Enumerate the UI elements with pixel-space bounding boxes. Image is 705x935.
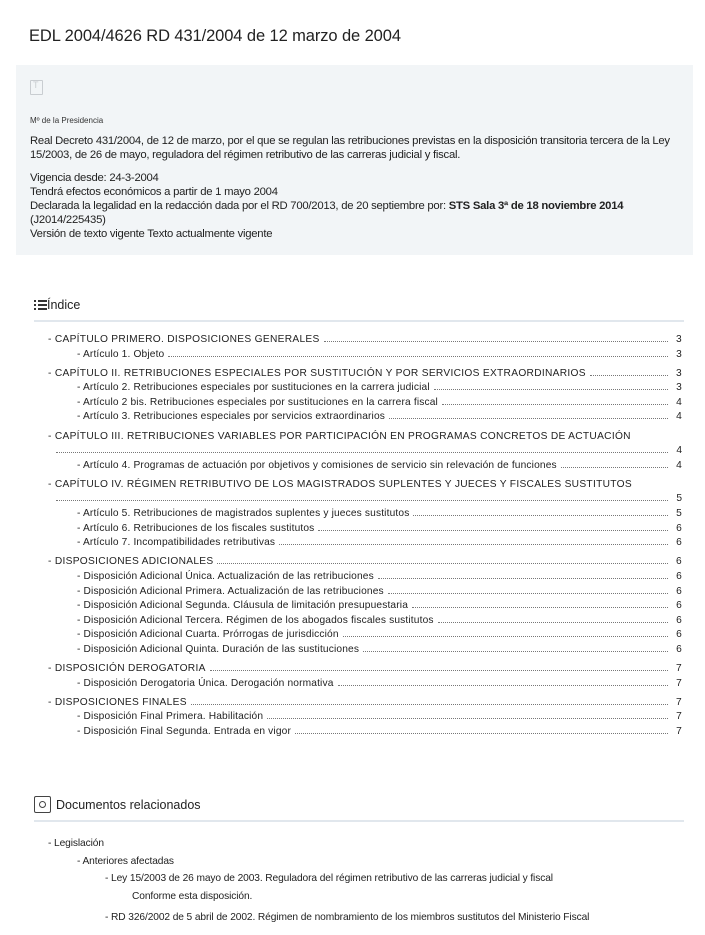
toc-leader <box>168 356 668 357</box>
table-of-contents: - CAPÍTULO PRIMERO. DISPOSICIONES GENERA… <box>48 333 682 739</box>
toc-page-number: 6 <box>672 585 682 600</box>
toc-entry-title: - DISPOSICIÓN DEROGATORIA <box>48 662 206 677</box>
toc-page-number: 7 <box>672 662 682 677</box>
toc-leader <box>338 685 668 686</box>
toc-entry-title: - Disposición Adicional Quinta. Duración… <box>77 643 359 658</box>
toc-entry[interactable]: - DISPOSICIONES ADICIONALES6 <box>48 555 682 570</box>
toc-page-number: 4 <box>672 410 682 425</box>
toc-entry[interactable]: - Disposición Adicional Segunda. Cláusul… <box>48 599 682 614</box>
toc-page-number: 7 <box>672 725 682 740</box>
toc-entry-title: - DISPOSICIONES ADICIONALES <box>48 555 213 570</box>
toc-entry[interactable]: - Artículo 2 bis. Retribuciones especial… <box>48 396 682 411</box>
toc-leader <box>217 563 668 564</box>
toc-page-number: 3 <box>672 348 682 363</box>
toc-page-number: 4 <box>672 396 682 411</box>
legalidad-text: Declarada la legalidad en la redacción d… <box>30 200 449 212</box>
toc-leader <box>378 578 668 579</box>
toc-leader <box>442 404 668 405</box>
legalidad-ref: (J2014/225435) <box>30 213 690 227</box>
related-documents-header: Documentos relacionados <box>34 794 684 822</box>
toc-entry-title: - Disposición Final Segunda. Entrada en … <box>77 725 291 740</box>
related-item-link[interactable]: - RD 326/2002 de 5 abril de 2002. Régime… <box>48 909 589 927</box>
legalidad: Declarada la legalidad en la redacción d… <box>30 199 690 213</box>
toc-leader <box>343 636 668 637</box>
toc-leader <box>434 389 668 390</box>
toc-entry-title: - Disposición Adicional Cuarta. Prórroga… <box>77 628 339 643</box>
version-status: Versión de texto vigente Texto actualmen… <box>30 227 690 241</box>
toc-entry-title: - Artículo 3. Retribuciones especiales p… <box>77 410 385 425</box>
toc-entry-title: - Artículo 1. Objeto <box>77 348 164 363</box>
toc-entry[interactable]: - Artículo 7. Incompatibilidades retribu… <box>48 536 682 551</box>
toc-entry[interactable]: - Disposición Adicional Tercera. Régimen… <box>48 614 682 629</box>
toc-entry-title: - Disposición Adicional Tercera. Régimen… <box>77 614 434 629</box>
toc-page-number: 6 <box>672 599 682 614</box>
toc-entry-title: - CAPÍTULO PRIMERO. DISPOSICIONES GENERA… <box>48 333 320 348</box>
toc-entry[interactable]: - Disposición Final Segunda. Entrada en … <box>48 725 682 740</box>
related-subcategory: - Anteriores afectadas <box>48 853 589 871</box>
toc-leader <box>561 467 668 468</box>
toc-entry[interactable]: - CAPÍTULO III. RETRIBUCIONES VARIABLES … <box>48 430 682 459</box>
toc-entry[interactable]: - DISPOSICIONES FINALES7 <box>48 696 682 711</box>
toc-entry[interactable]: - Artículo 5. Retribuciones de magistrad… <box>48 507 682 522</box>
efectos: Tendrá efectos económicos a partir de 1 … <box>30 185 690 199</box>
toc-leader <box>56 452 668 453</box>
toc-entry[interactable]: - Disposición Adicional Quinta. Duración… <box>48 643 682 658</box>
index-header: Índice <box>34 294 684 322</box>
toc-page-number: 6 <box>672 570 682 585</box>
toc-entry-title: - CAPÍTULO III. RETRIBUCIONES VARIABLES … <box>48 430 682 445</box>
toc-page-number: 4 <box>672 444 682 459</box>
toc-page-number: 6 <box>672 536 682 551</box>
toc-leader <box>267 718 668 719</box>
toc-entry[interactable]: - Artículo 2. Retribuciones especiales p… <box>48 381 682 396</box>
toc-leader <box>56 500 668 501</box>
toc-leader <box>412 607 668 608</box>
toc-entry[interactable]: - Artículo 1. Objeto3 <box>48 348 682 363</box>
toc-entry[interactable]: - Artículo 6. Retribuciones de los fisca… <box>48 522 682 537</box>
toc-page-number: 3 <box>672 381 682 396</box>
linked-document-icon <box>34 796 51 813</box>
toc-entry[interactable]: - DISPOSICIÓN DEROGATORIA7 <box>48 662 682 677</box>
toc-leader <box>389 418 668 419</box>
toc-page-number: 5 <box>672 492 682 507</box>
toc-entry[interactable]: - Disposición Final Primera. Habilitació… <box>48 710 682 725</box>
text-document-icon <box>30 80 43 95</box>
toc-leader <box>324 341 668 342</box>
toc-leader <box>363 651 668 652</box>
toc-leader <box>413 515 668 516</box>
toc-leader <box>438 622 668 623</box>
document-title: EDL 2004/4626 RD 431/2004 de 12 marzo de… <box>29 27 401 46</box>
toc-entry-title: - Artículo 6. Retribuciones de los fisca… <box>77 522 314 537</box>
toc-page-number: 7 <box>672 677 682 692</box>
toc-page-number: 3 <box>672 333 682 348</box>
related-documents-list: - Legislación - Anteriores afectadas - L… <box>48 835 589 927</box>
toc-entry-title: - DISPOSICIONES FINALES <box>48 696 187 711</box>
toc-entry[interactable]: - Disposición Adicional Cuarta. Prórroga… <box>48 628 682 643</box>
ministry: Mº de la Presidencia <box>30 116 103 125</box>
toc-page-number: 5 <box>672 507 682 522</box>
document-summary: Mº de la Presidencia Real Decreto 431/20… <box>16 65 693 255</box>
toc-page-number: 6 <box>672 555 682 570</box>
toc-entry-title: - Artículo 7. Incompatibilidades retribu… <box>77 536 275 551</box>
toc-page-number: 6 <box>672 643 682 658</box>
related-item-link[interactable]: - Ley 15/2003 de 26 mayo de 2003. Regula… <box>48 870 589 888</box>
vigencia: Vigencia desde: 24-3-2004 <box>30 171 690 185</box>
toc-leader <box>279 544 668 545</box>
toc-page-number: 4 <box>672 459 682 474</box>
toc-entry[interactable]: - CAPÍTULO PRIMERO. DISPOSICIONES GENERA… <box>48 333 682 348</box>
toc-entry-title: - Disposición Adicional Segunda. Cláusul… <box>77 599 408 614</box>
toc-entry-title: - Artículo 4. Programas de actuación por… <box>77 459 557 474</box>
toc-entry[interactable]: - Artículo 4. Programas de actuación por… <box>48 459 682 474</box>
document-metadata: Vigencia desde: 24-3-2004 Tendrá efectos… <box>30 171 690 241</box>
index-title: Índice <box>47 298 80 312</box>
toc-entry-title: - Artículo 5. Retribuciones de magistrad… <box>77 507 409 522</box>
document-description: Real Decreto 431/2004, de 12 de marzo, p… <box>30 134 690 162</box>
toc-leader <box>191 704 668 705</box>
toc-page-number: 7 <box>672 710 682 725</box>
related-category: - Legislación <box>48 835 589 853</box>
toc-entry-title: - CAPÍTULO IV. RÉGIMEN RETRIBUTIVO DE LO… <box>48 478 682 493</box>
toc-entry[interactable]: - Disposición Derogatoria Única. Derogac… <box>48 677 682 692</box>
toc-leader <box>388 593 668 594</box>
toc-entry-title: - Artículo 2 bis. Retribuciones especial… <box>77 396 438 411</box>
legalidad-sentence-link[interactable]: STS Sala 3ª de 18 noviembre 2014 <box>449 200 624 212</box>
toc-page-number: 3 <box>672 367 682 382</box>
toc-leader <box>318 530 668 531</box>
toc-entry[interactable]: - Disposición Adicional Primera. Actuali… <box>48 585 682 600</box>
toc-entry-title: - CAPÍTULO II. RETRIBUCIONES ESPECIALES … <box>48 367 586 382</box>
toc-page-number: 6 <box>672 522 682 537</box>
toc-page-number: 6 <box>672 628 682 643</box>
toc-leader <box>295 733 668 734</box>
toc-entry-title: - Disposición Final Primera. Habilitació… <box>77 710 263 725</box>
toc-entry-title: - Disposición Adicional Primera. Actuali… <box>77 585 384 600</box>
related-documents-title: Documentos relacionados <box>56 798 201 812</box>
toc-entry-title: - Disposición Derogatoria Única. Derogac… <box>77 677 334 692</box>
toc-entry[interactable]: - CAPÍTULO II. RETRIBUCIONES ESPECIALES … <box>48 367 682 382</box>
toc-leader <box>210 670 668 671</box>
toc-page-number: 6 <box>672 614 682 629</box>
toc-entry[interactable]: - Artículo 3. Retribuciones especiales p… <box>48 410 682 425</box>
toc-entry-title: - Disposición Adicional Única. Actualiza… <box>77 570 374 585</box>
toc-leader <box>590 375 668 376</box>
toc-page-number: 7 <box>672 696 682 711</box>
toc-entry[interactable]: - CAPÍTULO IV. RÉGIMEN RETRIBUTIVO DE LO… <box>48 478 682 507</box>
related-item-note: Conforme esta disposición. <box>48 888 589 906</box>
list-icon <box>34 300 44 310</box>
toc-entry-title: - Artículo 2. Retribuciones especiales p… <box>77 381 430 396</box>
toc-entry[interactable]: - Disposición Adicional Única. Actualiza… <box>48 570 682 585</box>
